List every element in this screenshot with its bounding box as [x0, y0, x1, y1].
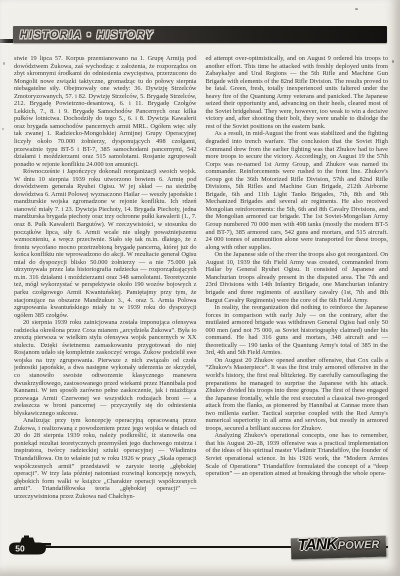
tankpower-logo: TANKPOWER: [291, 536, 387, 560]
paragraph: Analizując przy tym koncepcję operacyjną…: [14, 417, 197, 500]
paragraph: Analyzing Zhukov's operational concepts,…: [206, 432, 389, 477]
tankpower-logo-text: TANKPOWER: [297, 534, 379, 554]
paragraph: ed attempt over-optimistically, and on A…: [206, 55, 389, 130]
paragraph: stwie 19 lipca 57. Korpus przemianowano …: [14, 55, 197, 168]
section-title: HISTORIA • HISTORY: [20, 28, 154, 41]
paragraph: 20 sierpnia 1939 roku zainicjowana zosta…: [14, 319, 197, 417]
paragraph: On the Japanese side of the river the tr…: [206, 251, 389, 304]
paragraph: Równocześnie i Japończycy dokonali reorg…: [14, 168, 197, 319]
header-left-tick: [0, 39, 13, 43]
logo-word-power: POWER: [338, 538, 380, 551]
logo-word-tank: TANK: [297, 536, 337, 554]
scan-speck: [2, 128, 4, 130]
article-body: stwie 19 lipca 57. Korpus przemianowano …: [14, 55, 388, 543]
scan-speck: [3, 62, 5, 65]
scan-speck: [355, 8, 358, 10]
paragraph: As a result, in mid-August the front was…: [206, 130, 389, 251]
section-header-bar: HISTORIA • HISTORY: [13, 26, 387, 43]
page-number: 50: [15, 544, 25, 554]
paragraph: On August 20 Zhukov opened another offen…: [206, 357, 389, 432]
tank-icon: 50: [5, 534, 51, 558]
scan-speck: [392, 60, 394, 63]
column-polish: stwie 19 lipca 57. Korpus przemianowano …: [14, 55, 197, 543]
column-english: ed attempt over-optimistically, and on A…: [206, 55, 389, 543]
paragraph: In reality, the reorganization did nothi…: [206, 304, 389, 357]
